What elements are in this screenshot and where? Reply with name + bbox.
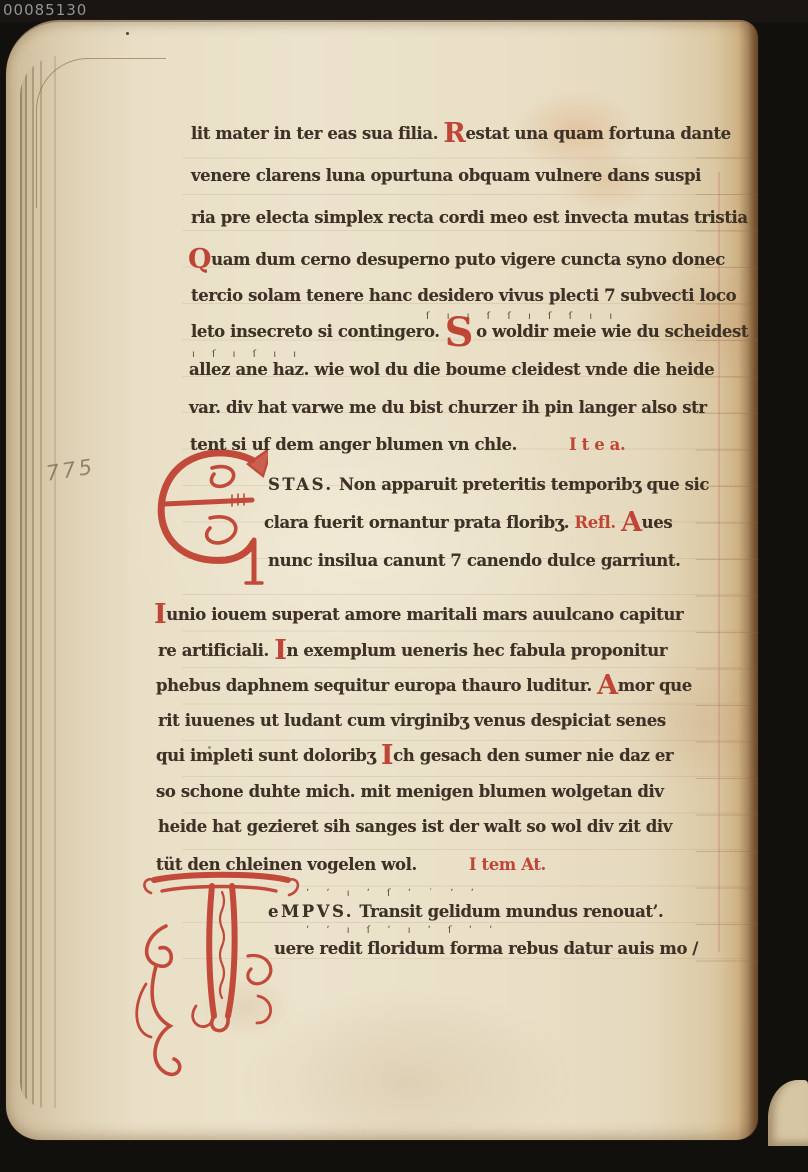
neume-marks: ſ ı ı ſ ſ ı ſ ſ ı ı [426, 311, 619, 322]
rubric-text: I tem At. [469, 855, 546, 874]
manuscript-text: eMPVS. [268, 902, 354, 921]
text-line: eMPVS. Transit gelidum mundus renouat’. [268, 904, 663, 921]
manuscript-text: leto insecreto si contingero. [191, 322, 440, 341]
manuscript-page: 775 E T [6, 20, 758, 1140]
text-line: ria pre electa simplex recta cordi meo e… [191, 210, 748, 227]
text-line: allez ane haz. wie wol du die boume clei… [189, 362, 714, 379]
rubric-initial: A [597, 670, 618, 701]
text-line: clara fuerit ornantur prata floribʒ. Ref… [264, 515, 672, 532]
rubric-text: I t e a. [569, 435, 625, 454]
rubric-initial: Q [188, 244, 211, 275]
neume-marks: ʼ ʼ ı ʼ ſ ʼ ˙ ʼ ʼ [306, 888, 481, 899]
text-line: Quam dum cerno desuperno puto vigere cun… [188, 252, 725, 269]
text-line: STAS. Non apparuit preteritis temporibʒ … [268, 477, 709, 494]
neume-marks: ʼ ʼ ı ſ ʼ ı ʼ ſ ʼ ʼ [306, 925, 499, 936]
manuscript-text: qui impleti sunt doloribʒ [156, 746, 381, 765]
manuscript-text: mor que [618, 676, 692, 695]
text-line: uere redit floridum forma rebus datur au… [274, 941, 698, 958]
manuscript-text: nunc insilua canunt 7 canendo dulce garr… [268, 551, 680, 570]
text-line: Iunio iouem superat amore maritali mars … [154, 607, 683, 624]
manuscript-text: venere clarens luna opurtuna obquam vuln… [191, 166, 701, 185]
rubric-initial: I [274, 635, 286, 666]
text-line: nunc insilua canunt 7 canendo dulce garr… [268, 553, 680, 570]
manuscript-text: estat una quam fortuna dante [465, 124, 730, 143]
rubric-initial: I [154, 599, 166, 630]
shelfmark-overlay: 00085130 [3, 1, 87, 19]
manuscript-text: n exemplum ueneris hec fabula proponitur [286, 641, 667, 660]
manuscript-text: ria pre electa simplex recta cordi meo e… [191, 208, 748, 227]
text-line: qui impleti sunt doloribʒ Ich gesach den… [156, 748, 673, 765]
text-line: tent si uf dem anger blumen vn chle.I t … [190, 437, 625, 454]
manuscript-text: lit mater in ter eas sua filia. [191, 124, 443, 143]
rubric-text: Refl. [574, 513, 621, 532]
manuscript-text: Transit gelidum mundus renouat’. [354, 902, 663, 921]
manuscript-text: ch gesach den sumer nie daz er [393, 746, 673, 765]
text-line: heide hat gezieret sih sanges ist der wa… [158, 819, 672, 836]
rubric-initial: A [621, 507, 642, 538]
text-line: tercio solam tenere hanc desidero vivus … [191, 288, 736, 305]
manuscript-text: var. div hat varwe me du bist churzer ih… [189, 398, 707, 417]
text-line: lit mater in ter eas sua filia. Restat u… [191, 126, 731, 143]
manuscript-text: rit iuuenes ut ludant cum virginibʒ venu… [158, 711, 666, 730]
manuscript-text: tüt den chleinen vogelen wol. [156, 855, 417, 874]
manuscript-text: tent si uf dem anger blumen vn chle. [190, 435, 517, 454]
manuscript-text: Non apparuit preteritis temporibʒ que si… [334, 475, 709, 494]
rubric-initial: I [381, 740, 393, 771]
manuscript-text: so schone duhte mich. mit menigen blumen… [156, 782, 664, 801]
neume-marks: ı ſ ı ſ ı ı [192, 349, 303, 360]
text-line: venere clarens luna opurtuna obquam vuln… [191, 168, 701, 185]
manuscript-text: clara fuerit ornantur prata floribʒ. [264, 513, 574, 532]
text-line: so schone duhte mich. mit menigen blumen… [156, 784, 664, 801]
manuscript-text: heide hat gezieret sih sanges ist der wa… [158, 817, 672, 836]
manuscript-text: o woldir meie wie du scheidest [476, 322, 748, 341]
facing-page-corner [768, 1080, 808, 1146]
manuscript-text: ues [642, 513, 673, 532]
text-block: lit mater in ter eas sua filia. Restat u… [6, 22, 758, 1140]
manuscript-text: uam dum cerno desuperno puto vigere cunc… [211, 250, 725, 269]
manuscript-text: phebus daphnem sequitur europa thauro lu… [156, 676, 597, 695]
manuscript-text: allez ane haz. wie wol du die boume clei… [189, 360, 714, 379]
manuscript-text: tercio solam tenere hanc desidero vivus … [191, 286, 736, 305]
text-line: tüt den chleinen vogelen wol.I tem At. [156, 857, 546, 874]
text-line: rit iuuenes ut ludant cum virginibʒ venu… [158, 713, 666, 730]
text-line: var. div hat varwe me du bist churzer ih… [189, 400, 707, 417]
manuscript-photo: 00085130 775 E [0, 0, 808, 1172]
manuscript-text: re artificiali. [158, 641, 274, 660]
manuscript-text: unio iouem superat amore maritali mars a… [166, 605, 683, 624]
text-line: leto insecreto si contingero.So woldir m… [191, 324, 748, 341]
rubric-initial: R [443, 118, 465, 149]
manuscript-text: uere redit floridum forma rebus datur au… [274, 939, 698, 958]
text-line: re artificiali. In exemplum ueneris hec … [158, 643, 667, 660]
manuscript-text: STAS. [268, 475, 334, 494]
text-line: phebus daphnem sequitur europa thauro lu… [156, 678, 692, 695]
